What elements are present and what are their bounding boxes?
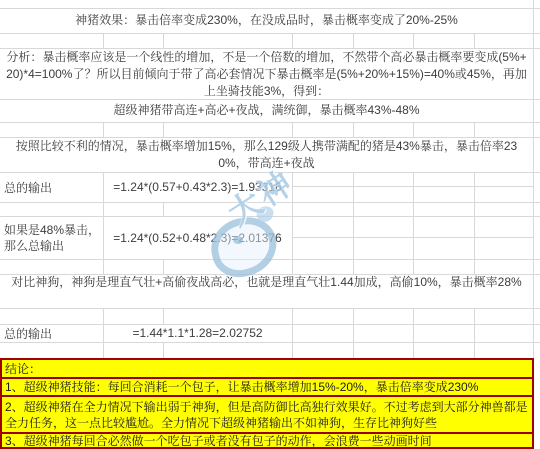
cell-output1-formula: =1.24*(0.57+0.43*2.3)=1.93316	[103, 172, 292, 202]
gridline	[103, 33, 104, 48]
gridline	[474, 172, 475, 202]
gridline	[103, 342, 104, 358]
gridline	[292, 259, 293, 274]
gridline	[163, 342, 164, 358]
gridline	[413, 33, 414, 48]
cell-output1-label: 总的输出	[4, 172, 100, 202]
gridline	[474, 259, 475, 274]
gridline	[474, 342, 475, 358]
gridline	[163, 202, 164, 216]
spreadsheet: 神猪效果：暴击倍率变成230%，在没成品时，暴击概率变成了20%-25% 分析：…	[0, 0, 540, 449]
gridline	[163, 308, 164, 324]
gridline	[474, 324, 475, 342]
gridline	[413, 202, 414, 216]
gridline	[474, 308, 475, 324]
gridline	[103, 259, 104, 274]
gridline	[0, 202, 540, 203]
gridline	[163, 259, 164, 274]
gridline	[474, 202, 475, 216]
cell-super-pig: 超级神猪带高连+高必+夜战，满统御，暴击概率43%-48%	[0, 99, 533, 122]
gridline	[413, 172, 414, 202]
gridline	[353, 324, 354, 342]
gridline	[163, 33, 164, 48]
gridline	[353, 308, 354, 324]
gridline	[533, 0, 534, 358]
cell-conclusion-3: 3、超级神猪每回合必然做一个吃包子或者没有包子的动作，会浪费一些动画时间	[0, 432, 534, 449]
cell-dog-compare: 对比神狗，神狗是理直气壮+高偷夜战高必，也就是理直气壮1.44加成，高偷10%，…	[3, 274, 530, 308]
gridline	[474, 122, 475, 137]
gridline	[413, 324, 414, 342]
cell-effect: 神猪效果：暴击倍率变成230%，在没成品时，暴击概率变成了20%-25%	[0, 8, 533, 33]
gridline	[353, 216, 354, 259]
gridline	[413, 122, 414, 137]
gridline	[474, 33, 475, 48]
gridline	[413, 342, 414, 358]
gridline	[103, 202, 104, 216]
gridline	[0, 342, 540, 343]
cell-analysis: 分析：暴击概率应该是一个线性的增加，不是一个倍数的增加，不然带个高必暴击概率要变…	[3, 49, 530, 99]
cell-conclusion-title: 结论：	[0, 358, 534, 379]
gridline	[292, 308, 293, 324]
cell-output3-formula: =1.44*1.1*1.28=2.02752	[103, 324, 292, 342]
gridline	[292, 324, 293, 342]
gridline	[292, 202, 293, 216]
cell-output3-label: 总的输出	[4, 324, 100, 342]
gridline	[292, 33, 293, 48]
gridline	[0, 308, 540, 309]
gridline	[474, 216, 475, 259]
cell-unfavorable: 按照比较不利的情况，暴击概率增加15%，那么129级人携带满配的猪是43%暴击，…	[3, 138, 530, 172]
cell-conclusion-2: 2、超级神猪在全力情况下输出弱于神狗，但是高防御比高独行效果好。不过考虑到大部分…	[0, 395, 534, 434]
gridline	[353, 342, 354, 358]
gridline	[353, 202, 354, 216]
gridline	[292, 122, 293, 137]
cell-output2-formula: =1.24*(0.52+0.48*2.3)=2.01376	[103, 216, 292, 259]
gridline	[292, 342, 293, 358]
gridline	[163, 122, 164, 137]
gridline	[353, 259, 354, 274]
gridline	[103, 122, 104, 137]
gridline	[413, 308, 414, 324]
gridline	[353, 172, 354, 202]
gridline	[413, 259, 414, 274]
gridline	[292, 172, 293, 202]
cell-output2-label: 如果是48%暴击，那么总输出	[4, 216, 101, 259]
gridline	[353, 33, 354, 48]
gridline	[292, 216, 293, 259]
gridline	[103, 308, 104, 324]
gridline	[0, 122, 540, 123]
gridline	[0, 259, 540, 260]
cell-conclusion-1: 1、超级神猪技能：每回合消耗一个包子，让暴击概率增加15%-20%，暴击倍率变成…	[0, 377, 534, 397]
gridline	[413, 216, 414, 259]
gridline	[0, 33, 540, 34]
gridline	[353, 122, 354, 137]
